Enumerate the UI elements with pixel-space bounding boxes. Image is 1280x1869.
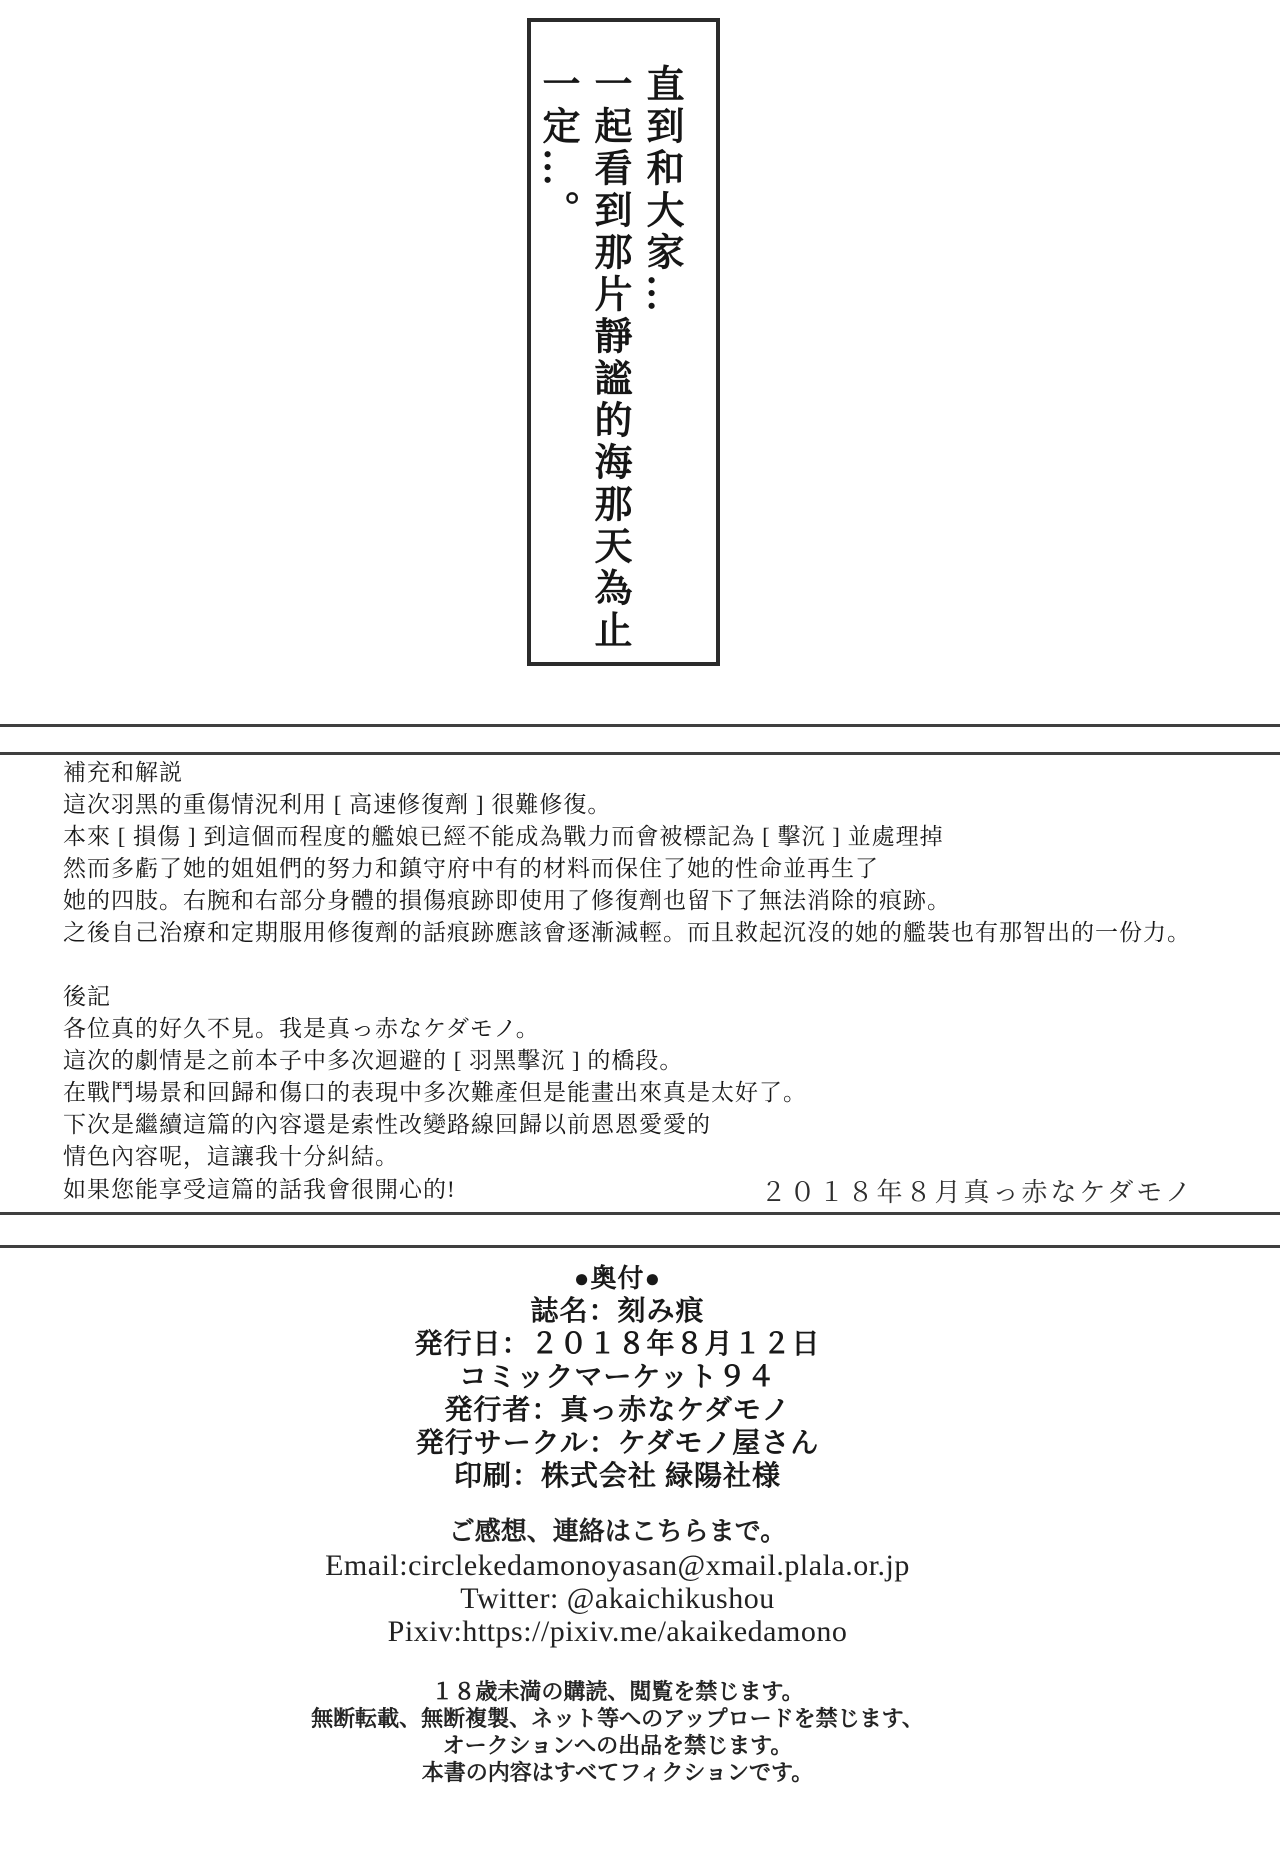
- colophon-line-event: コミックマーケット９４: [0, 1361, 1235, 1394]
- disclaimer-line: １８歳未満の購読、閲覧を禁じます。: [0, 1678, 1235, 1705]
- notes-line: 之後自己治療和定期服用修復劑的話痕跡應該會逐漸減輕。而且救起沉沒的她的艦裝也有那…: [63, 917, 1222, 949]
- colophon-line-publisher: 発行者：真っ赤なケダモノ: [0, 1394, 1235, 1427]
- postscript-line: 如果您能享受這篇的話我會很開心的!: [63, 1174, 456, 1206]
- postscript-signoff: ２０１８年８月真っ赤なケダモノ: [761, 1177, 1194, 1209]
- contact-section: ご感想、連絡はこちらまで。 Email:circlekedamonoyasan@…: [0, 1515, 1235, 1648]
- notes-line: 然而多虧了她的姐姐們的努力和鎮守府中有的材料而保住了她的性命並再生了: [63, 853, 1222, 885]
- separator-rule: [0, 1212, 1280, 1215]
- contact-twitter: Twitter: @akaichikushou: [0, 1582, 1235, 1615]
- quote-line: 一定…。: [531, 64, 583, 662]
- postscript-line: 各位真的好久不見。我是真っ赤なケダモノ。: [63, 1013, 1222, 1045]
- separator-rule: [0, 752, 1280, 755]
- contact-email: Email:circlekedamonoyasan@xmail.plala.or…: [0, 1549, 1235, 1582]
- colophon-line-circle: 発行サークル：ケダモノ屋さん: [0, 1427, 1235, 1460]
- postscript-line: 這次的劇情是之前本子中多次迴避的 [ 羽黑擊沉 ] 的橋段。: [63, 1045, 1222, 1077]
- notes-heading: 補充和解説: [63, 757, 1222, 789]
- colophon-line-printer: 印刷：株式会社 緑陽社様: [0, 1460, 1235, 1493]
- separator-rule: [0, 1245, 1280, 1248]
- contact-heading: ご感想、連絡はこちらまで。: [0, 1515, 1235, 1549]
- notes-line: 這次羽黑的重傷情況利用 [ 高速修復劑 ] 很難修復。: [63, 789, 1222, 821]
- afterword-section: 補充和解説 這次羽黑的重傷情況利用 [ 高速修復劑 ] 很難修復。 本來 [ 損…: [63, 757, 1222, 1206]
- notes-line: 本來 [ 損傷 ] 到這個而程度的艦娘已經不能成為戰力而會被標記為 [ 擊沉 ]…: [63, 821, 1222, 853]
- colophon-section: ●奥付● 誌名：刻み痕 発行日：２０１８年８月１２日 コミックマーケット９４ 発…: [0, 1262, 1235, 1493]
- disclaimer-line: 無断転載、無断複製、ネット等へのアップロードを禁じます、: [0, 1705, 1235, 1732]
- postscript-line: 在戰鬥場景和回歸和傷口的表現中多次難產但是能畫出來真是太好了。: [63, 1077, 1222, 1109]
- colophon-line-title: 誌名：刻み痕: [0, 1295, 1235, 1328]
- contact-pixiv: Pixiv:https://pixiv.me/akaikedamono: [0, 1615, 1235, 1648]
- quote-line: 一起看到那片靜謐的海那天為止: [583, 64, 635, 662]
- separator-rule: [0, 724, 1280, 727]
- postscript-line: 情色內容呢，這讓我十分糾結。: [63, 1141, 1222, 1173]
- disclaimer-line: 本書の内容はすべてフィクションです。: [0, 1759, 1235, 1786]
- quote-box: 直到和大家… 一起看到那片靜謐的海那天為止 一定…。: [527, 18, 720, 666]
- quote-text: 直到和大家… 一起看到那片靜謐的海那天為止 一定…。: [531, 22, 697, 662]
- disclaimer-section: １８歳未満の購読、閲覧を禁じます。 無断転載、無断複製、ネット等へのアップロード…: [0, 1678, 1235, 1786]
- notes-line: 她的四肢。右腕和右部分身體的損傷痕跡即使用了修復劑也留下了無法消除的痕跡。: [63, 885, 1222, 917]
- colophon-title: ●奥付●: [0, 1262, 1235, 1295]
- quote-line: 直到和大家…: [635, 64, 687, 662]
- postscript-heading: 後記: [63, 981, 1222, 1013]
- disclaimer-line: オークションへの出品を禁じます。: [0, 1732, 1235, 1759]
- postscript-line: 下次是繼續這篇的內容還是索性改變路線回歸以前恩恩愛愛的: [63, 1109, 1222, 1141]
- colophon-line-date: 発行日：２０１８年８月１２日: [0, 1328, 1235, 1361]
